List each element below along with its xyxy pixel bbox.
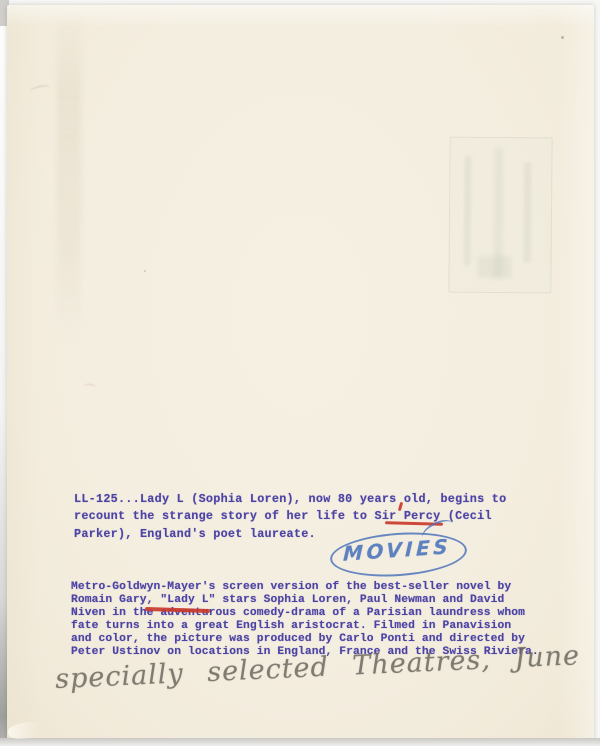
paper-corner-curl [7,719,55,740]
faint-stamp-mark [464,156,472,266]
paper-speck [561,36,564,39]
paper-smudge [57,12,81,342]
paper-crease [30,84,51,94]
movies-annotation: MOVIES [325,520,475,580]
paper-fleck [84,383,97,390]
faint-stamp-mark [477,256,511,278]
scanned-photo-back: LL-125...Lady L (Sophia Loren), now 80 y… [0,0,600,746]
faint-stamp-mark [524,162,532,262]
faint-stamp [448,137,552,294]
paper-speck [144,270,146,272]
annotation-layer: LL-125...Lady L (Sophia Loren), now 80 y… [0,0,600,746]
